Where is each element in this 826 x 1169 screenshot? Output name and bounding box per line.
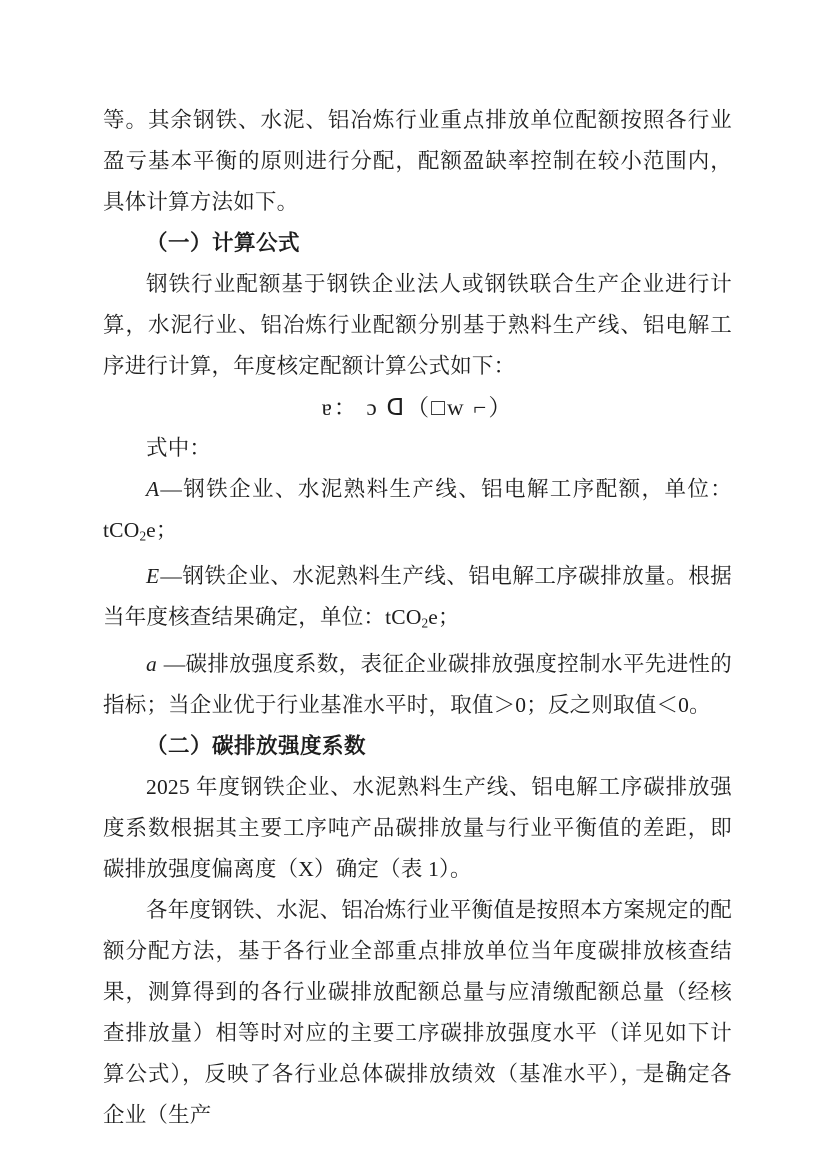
text-run: 等。其余钢铁、水泥、铝冶炼行业重点排放单位配额按照各行业盈亏基本平衡的原则进行分…	[103, 108, 732, 214]
page-number-dash-right: —	[688, 1056, 709, 1080]
text-run: 2025 年度钢铁企业、水泥熟料生产线、铝电解工序碳排放强度系数根据其主要工序吨…	[103, 775, 732, 881]
body-paragraph: 等。其余钢铁、水泥、铝冶炼行业重点排放单位配额按照各行业盈亏基本平衡的原则进行分…	[103, 100, 732, 223]
text-run: —钢铁企业、水泥熟料生产线、铝电解工序碳排放量。根据当年度核查结果确定，单位：t…	[103, 564, 732, 629]
document-body: 等。其余钢铁、水泥、铝冶炼行业重点排放单位配额按照各行业盈亏基本平衡的原则进行分…	[103, 100, 732, 1136]
text-run: 各年度钢铁、水泥、铝冶炼行业平衡值是按照本方案规定的配额分配方法，基于各行业全部…	[103, 898, 732, 1127]
body-paragraph: E—钢铁企业、水泥熟料生产线、铝电解工序碳排放量。根据当年度核查结果确定，单位：…	[103, 556, 732, 643]
text-run: ɐ： ɔ ᗡ（□w ⌐）	[322, 395, 514, 420]
text-run: 式中：	[146, 436, 211, 460]
text-run: e；	[428, 605, 459, 629]
body-paragraph: 2025 年度钢铁企业、水泥熟料生产线、铝电解工序碳排放强度系数根据其主要工序吨…	[103, 767, 732, 890]
page-number-dash-left: —	[637, 1056, 658, 1080]
text-run: —钢铁企业、水泥熟料生产线、铝电解工序配额，单位：tCO	[103, 477, 732, 542]
body-paragraph: 钢铁行业配额基于钢铁企业法人或钢铁联合生产企业进行计算，水泥行业、铝冶炼行业配额…	[103, 264, 732, 387]
text-run: e；	[146, 518, 177, 542]
section-heading: （一）计算公式	[103, 223, 732, 264]
formula-variable: a	[146, 652, 158, 676]
formula-line: ɐ： ɔ ᗡ（□w ⌐）	[103, 387, 732, 428]
formula-variable: A	[146, 477, 160, 501]
text-run: （二）碳排放强度系数	[146, 734, 366, 758]
text-run: （一）计算公式	[146, 231, 300, 255]
page-footer: —5—	[627, 1055, 720, 1081]
document-page: 等。其余钢铁、水泥、铝冶炼行业重点排放单位配额按照各行业盈亏基本平衡的原则进行分…	[0, 0, 826, 1169]
body-paragraph: 式中：	[103, 428, 732, 469]
body-paragraph: A—钢铁企业、水泥熟料生产线、铝电解工序配额，单位：tCO2e；	[103, 469, 732, 556]
formula-variable: E	[146, 564, 160, 588]
text-run: —碳排放强度系数，表征企业碳排放强度控制水平先进性的指标；当企业优于行业基准水平…	[103, 652, 732, 717]
page-number: 5	[668, 1056, 679, 1080]
body-paragraph: 各年度钢铁、水泥、铝冶炼行业平衡值是按照本方案规定的配额分配方法，基于各行业全部…	[103, 890, 732, 1136]
text-run: 钢铁行业配额基于钢铁企业法人或钢铁联合生产企业进行计算，水泥行业、铝冶炼行业配额…	[103, 272, 732, 378]
body-paragraph: a —碳排放强度系数，表征企业碳排放强度控制水平先进性的指标；当企业优于行业基准…	[103, 644, 732, 726]
section-heading: （二）碳排放强度系数	[103, 726, 732, 767]
